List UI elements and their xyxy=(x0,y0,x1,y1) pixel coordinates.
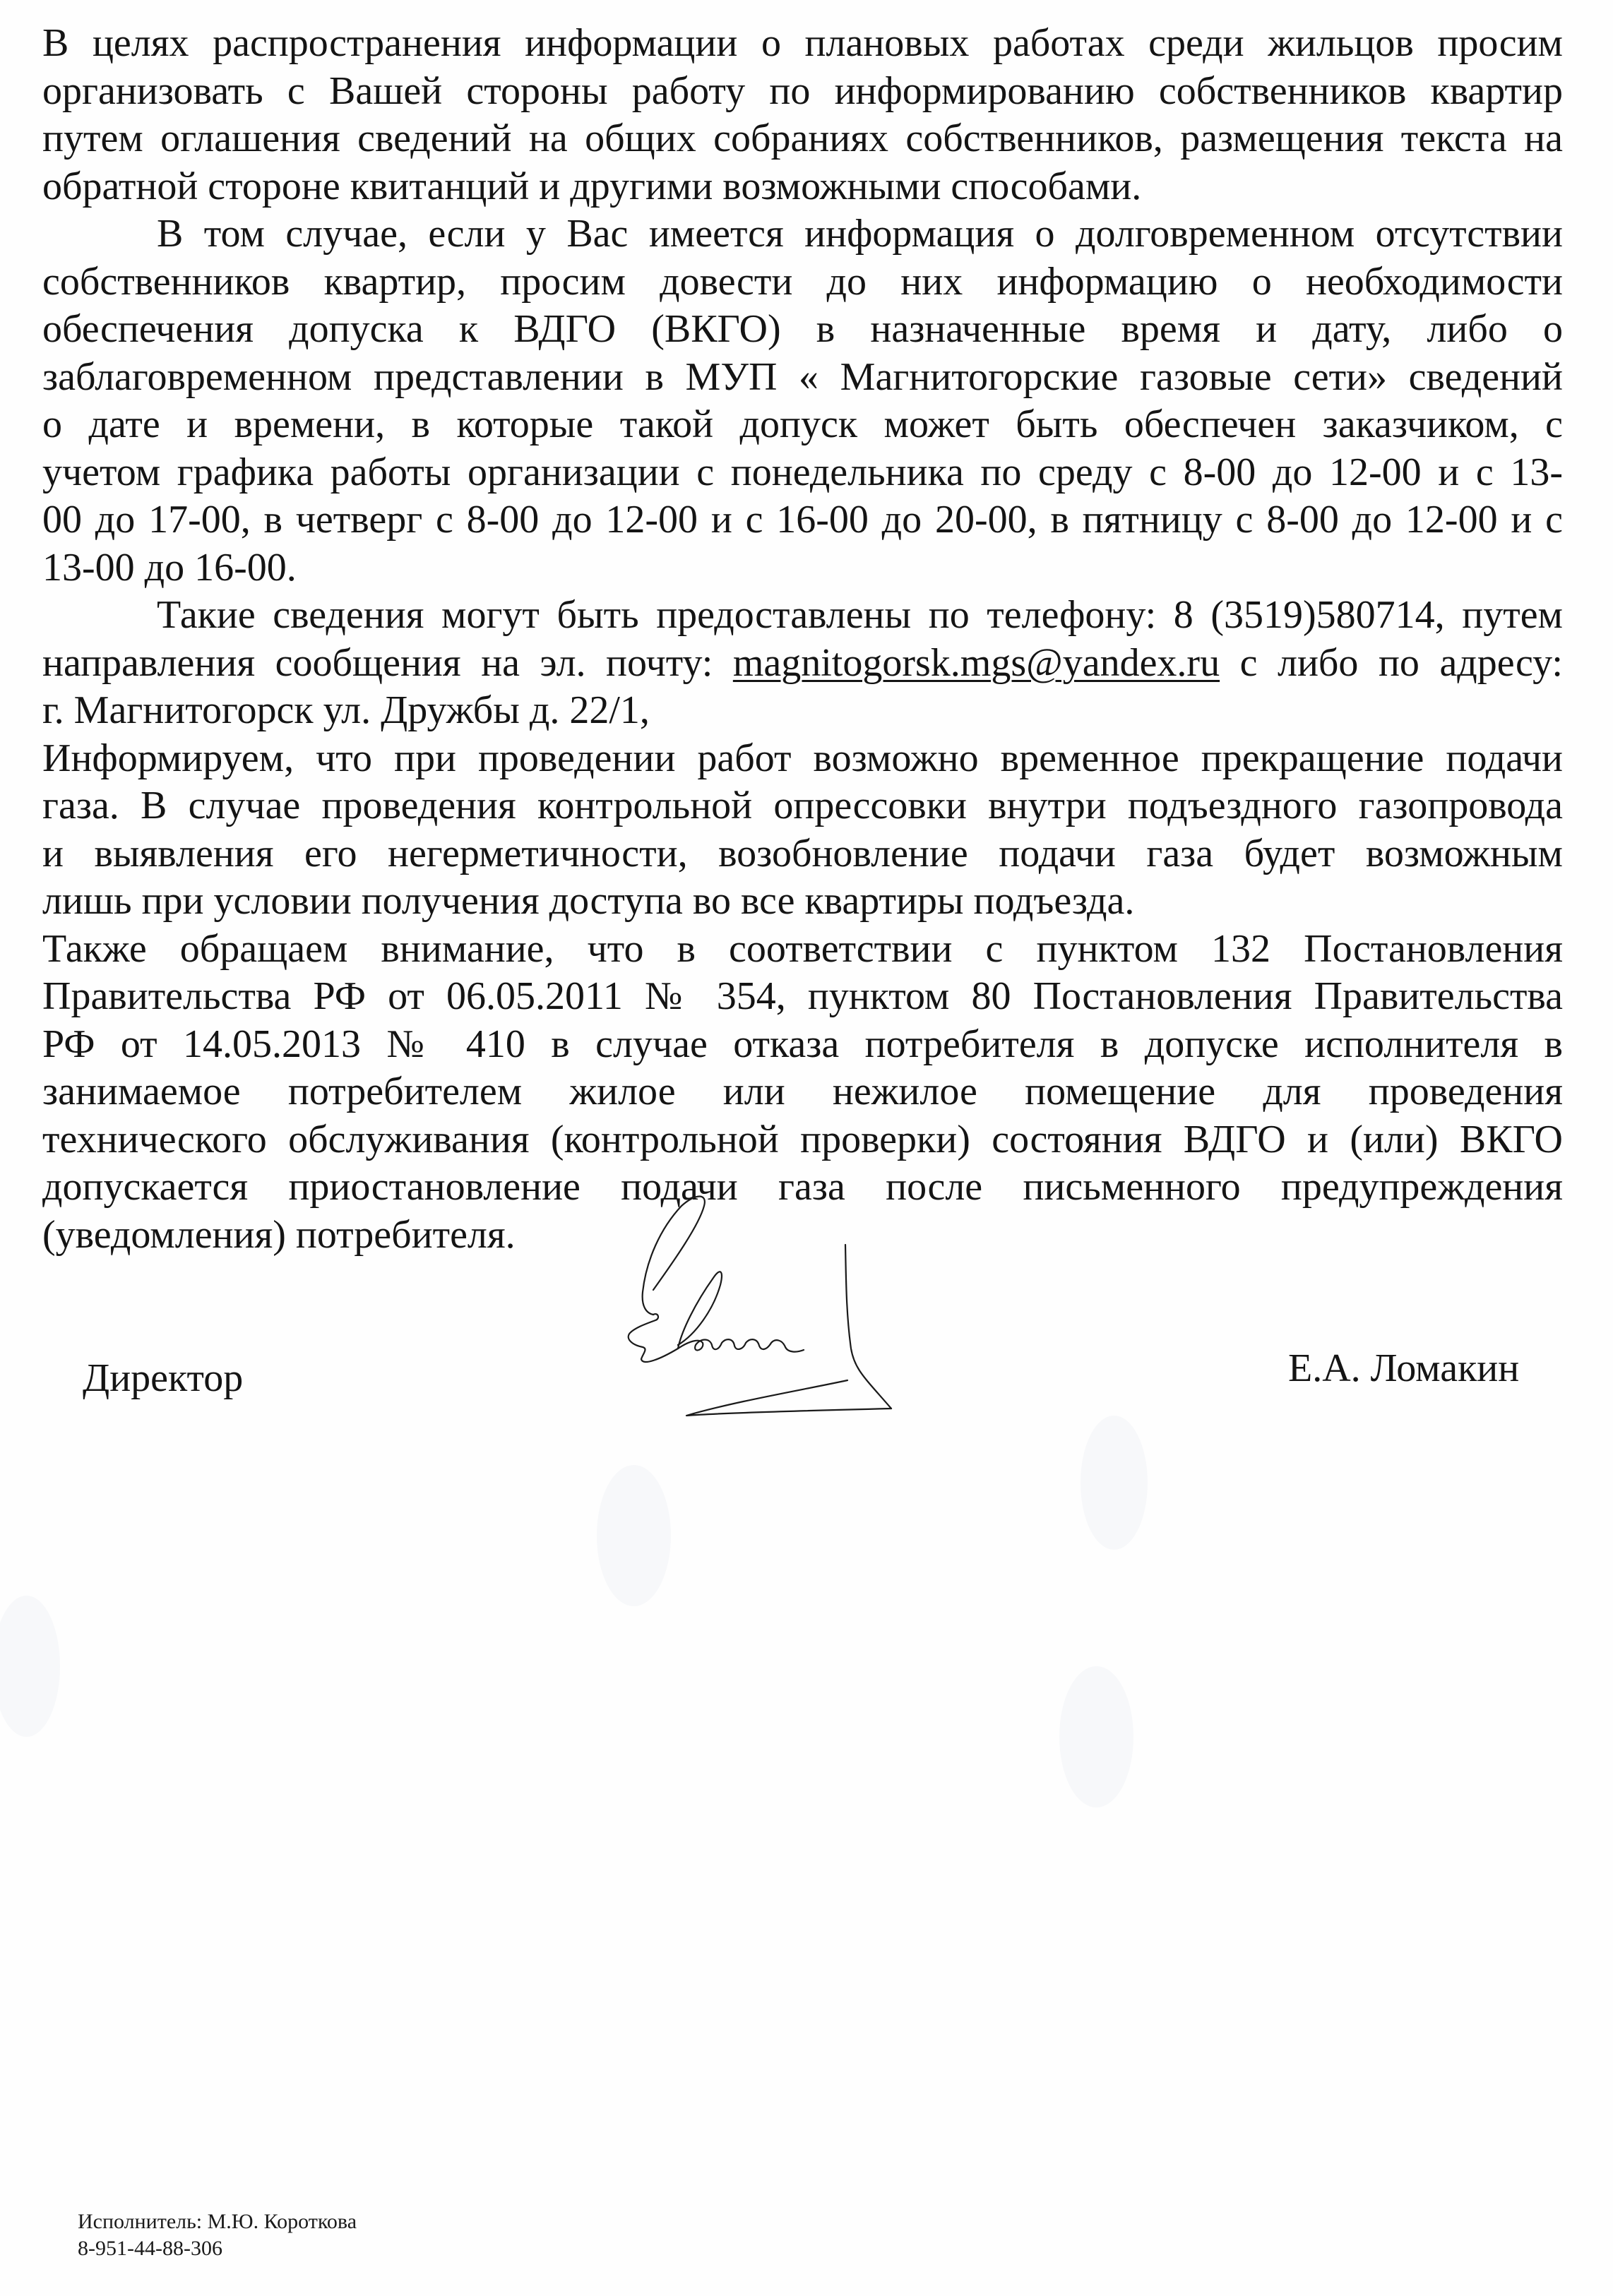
scan-smudge xyxy=(1059,1666,1133,1807)
text-line: путем оглашения сведений на общих собран… xyxy=(42,115,1563,163)
text-line-address: г. Магнитогорск ул. Дружбы д. 22/1, xyxy=(42,687,1563,735)
paragraph-distribution-request: В целях распространения информации о пла… xyxy=(42,20,1563,210)
email-prefix-text: направления сообщения на эл. почту: xyxy=(42,641,733,685)
text-line: технического обслуживания (контрольной п… xyxy=(42,1116,1563,1164)
text-line: обратной стороне квитанций и другими воз… xyxy=(42,163,1563,211)
paragraph-absent-owners: В том случае, если у Вас имеется информа… xyxy=(42,210,1563,592)
text-line: В целях распространения информации о пла… xyxy=(42,20,1563,68)
text-line: и выявления его негерметичности, возобно… xyxy=(42,830,1563,878)
text-line: РФ от 14.05.2013 № 410 в случае отказа п… xyxy=(42,1021,1563,1069)
text-line: газа. В случае проведения контрольной оп… xyxy=(42,782,1563,830)
handwritten-signature-icon xyxy=(607,1193,918,1433)
scan-smudge xyxy=(597,1465,671,1606)
text-line: учетом графика работы организации с поне… xyxy=(42,449,1563,497)
scan-smudge xyxy=(0,1596,60,1737)
text-line-phone: Такие сведения могут быть предоставлены … xyxy=(42,592,1563,640)
paragraph-gas-interruption: Информируем, что при проведении работ во… xyxy=(42,735,1563,926)
scan-smudge xyxy=(1081,1416,1148,1550)
text-line: 00 до 17-00, в четверг с 8-00 до 12-00 и… xyxy=(42,496,1563,544)
text-line: организовать с Вашей стороны работу по и… xyxy=(42,68,1563,116)
text-line: собственников квартир, просим довести до… xyxy=(42,258,1563,306)
executor-footer: Исполнитель: М.Ю. Короткова 8-951-44-88-… xyxy=(78,2208,357,2262)
paragraph-contact-info: Такие сведения могут быть предоставлены … xyxy=(42,592,1563,735)
executor-phone: 8-951-44-88-306 xyxy=(78,2235,357,2262)
executor-name: Исполнитель: М.Ю. Короткова xyxy=(78,2208,357,2235)
text-line: 13-00 до 16-00. xyxy=(42,544,1563,592)
letter-body: В целях распространения информации о пла… xyxy=(42,20,1563,1259)
text-line: занимаемое потребителем жилое или нежило… xyxy=(42,1068,1563,1116)
scanned-letter-page: В целях распространения информации о пла… xyxy=(0,0,1613,2296)
text-line: В том случае, если у Вас имеется информа… xyxy=(42,210,1563,258)
signatory-name: Е.А. Ломакин xyxy=(1288,1346,1519,1391)
email-link[interactable]: magnitogorsk.mgs@yandex.ru xyxy=(733,641,1220,685)
text-line-email: направления сообщения на эл. почту: magn… xyxy=(42,640,1563,688)
text-line: обеспечения допуска к ВДГО (ВКГО) в назн… xyxy=(42,306,1563,354)
text-line: Информируем, что при проведении работ во… xyxy=(42,735,1563,783)
text-line: Также обращаем внимание, что в соответст… xyxy=(42,926,1563,974)
email-suffix-text: с либо по адресу: xyxy=(1220,641,1563,685)
text-line: лишь при условии получения доступа во вс… xyxy=(42,878,1563,926)
text-line: Правительства РФ от 06.05.2011 № 354, пу… xyxy=(42,973,1563,1021)
text-line: о дате и времени, в которые такой допуск… xyxy=(42,401,1563,449)
text-line: заблаговременном представлении в МУП « М… xyxy=(42,354,1563,402)
signatory-role: Директор xyxy=(83,1356,243,1401)
